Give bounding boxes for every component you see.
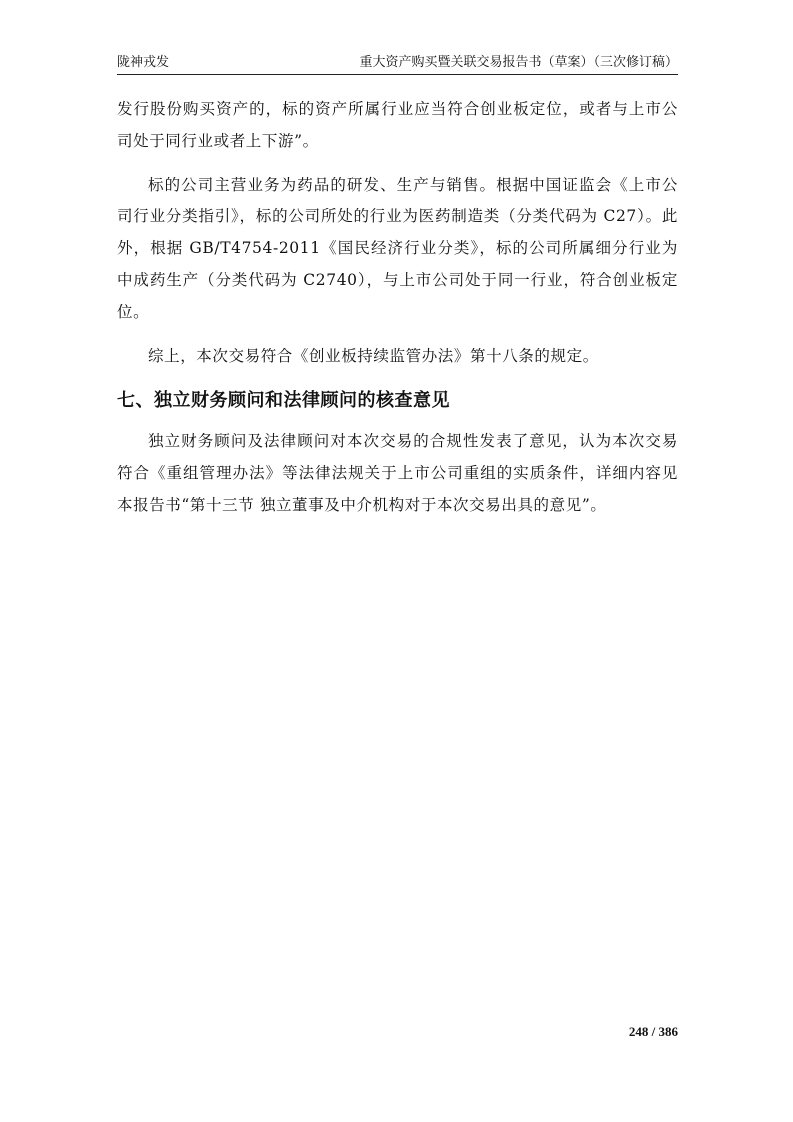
page-header: 陇神戎发 重大资产购买暨关联交易报告书（草案）（三次修订稿） xyxy=(117,54,678,75)
page-content: 发行股份购买资产的，标的资产所属行业应当符合创业板定位，或者与上市公司处于同行业… xyxy=(117,94,678,534)
paragraph-industry-classification: 标的公司主营业务为药品的研发、生产与销售。根据中国证监会《上市公司行业分类指引》… xyxy=(117,170,678,329)
paragraph-continuation: 发行股份购买资产的，标的资产所属行业应当符合创业板定位，或者与上市公司处于同行业… xyxy=(117,94,678,158)
header-company-name: 陇神戎发 xyxy=(117,54,169,72)
page-number: 248 / 386 xyxy=(590,1024,678,1040)
paragraph-advisor-opinion: 独立财务顾问及法律顾问对本次交易的合规性发表了意见，认为本次交易符合《重组管理办… xyxy=(117,426,678,521)
header-document-title: 重大资产购买暨关联交易报告书（草案）（三次修订稿） xyxy=(359,54,678,72)
section-heading: 七、独立财务顾问和法律顾问的核查意见 xyxy=(117,384,678,418)
paragraph-conclusion: 综上，本次交易符合《创业板持续监管办法》第十八条的规定。 xyxy=(117,341,678,373)
